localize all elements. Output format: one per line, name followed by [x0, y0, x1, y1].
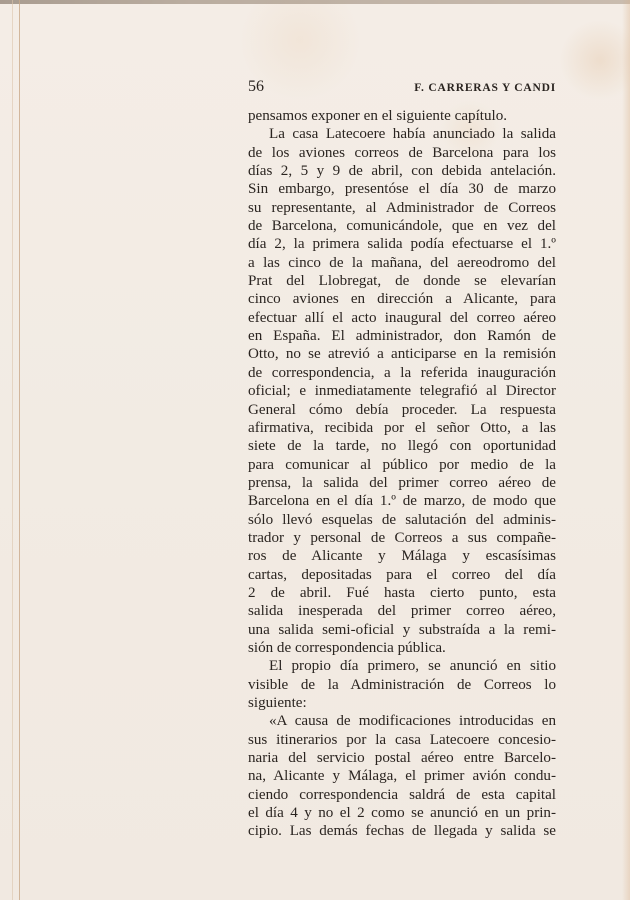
text-line: día 2, la primera salida podía efectuars… — [248, 235, 556, 253]
text-line: Barcelona en el día 1.º de marzo, de mod… — [248, 492, 556, 510]
text-line: su representante, al Administrador de Co… — [248, 199, 556, 217]
text-line: sus itinerarios por la casa Latecoere co… — [248, 731, 556, 749]
body-text: pensamos exponer en el siguiente capítul… — [248, 107, 556, 841]
text-line: Otto, no se atrevió a anticiparse en la … — [248, 345, 556, 363]
text-line: salida inesperada del primer correo aére… — [248, 602, 556, 620]
text-line: pensamos exponer en el siguiente capítul… — [248, 107, 556, 125]
text-line: El propio día primero, se anunció en sit… — [248, 657, 556, 675]
text-line: 2 de abril. Fué hasta cierto punto, esta — [248, 584, 556, 602]
text-line: cartas, depositadas para el correo del d… — [248, 566, 556, 584]
text-line: sión de correspondencia pública. — [248, 639, 556, 657]
text-line: para comunicar al público por medio de l… — [248, 456, 556, 474]
text-line: en España. El administrador, don Ramón d… — [248, 327, 556, 345]
text-line: afirmativa, recibida por el señor Otto, … — [248, 419, 556, 437]
text-line: «A causa de modificaciones introducidas … — [248, 712, 556, 730]
scanned-page: 56 F. CARRERAS Y CANDI pensamos exponer … — [0, 0, 630, 900]
text-line: sólo llevó esquelas de salutación del ad… — [248, 511, 556, 529]
text-line: trador y personal de Correos a sus compa… — [248, 529, 556, 547]
binding-fold-line — [19, 0, 20, 900]
text-line: Sin embargo, presentóse el día 30 de mar… — [248, 180, 556, 198]
text-line: General cómo debía proceder. La respuest… — [248, 401, 556, 419]
text-line: una salida semi-oficial y substraída a l… — [248, 621, 556, 639]
text-line: de Barcelona, comunicándole, que en vez … — [248, 217, 556, 235]
text-line: oficial; e inmediatamente telegrafió al … — [248, 382, 556, 400]
text-line: cipio. Las demás fechas de llegada y sal… — [248, 822, 556, 840]
text-line: prensa, la salida del primer correo aére… — [248, 474, 556, 492]
text-line: visible de la Administración de Correos … — [248, 676, 556, 694]
text-line: ciendo correspondencia saldrá de esta ca… — [248, 786, 556, 804]
text-line: a las cinco de la mañana, del aereodromo… — [248, 254, 556, 272]
page-top-edge — [0, 0, 630, 4]
text-line: La casa Latecoere había anunciado la sal… — [248, 125, 556, 143]
text-line: siete de la tarde, no llegó con oportuni… — [248, 437, 556, 455]
text-line: efectuar allí el acto inaugural del corr… — [248, 309, 556, 327]
binding-fold-line — [12, 0, 13, 900]
text-line: el día 4 y no el 2 como se anunció en un… — [248, 804, 556, 822]
text-line: de los aviones correos de Barcelona para… — [248, 144, 556, 162]
text-line: na, Alicante y Málaga, el primer avión c… — [248, 767, 556, 785]
page-right-edge — [622, 0, 630, 900]
text-line: siguiente: — [248, 694, 556, 712]
running-head: F. CARRERAS Y CANDI — [414, 82, 556, 94]
page-number: 56 — [248, 78, 264, 96]
text-line: ros de Alicante y Málaga y escasísimas — [248, 547, 556, 565]
text-line: cinco aviones en dirección a Alicante, p… — [248, 290, 556, 308]
text-line: naria del servicio postal aéreo entre Ba… — [248, 749, 556, 767]
page-header: 56 F. CARRERAS Y CANDI — [248, 78, 556, 100]
text-line: de correspondencia, a la referida inaugu… — [248, 364, 556, 382]
text-line: días 2, 5 y 9 de abril, con debida antel… — [248, 162, 556, 180]
text-line: Prat del Llobregat, de donde se elevaría… — [248, 272, 556, 290]
